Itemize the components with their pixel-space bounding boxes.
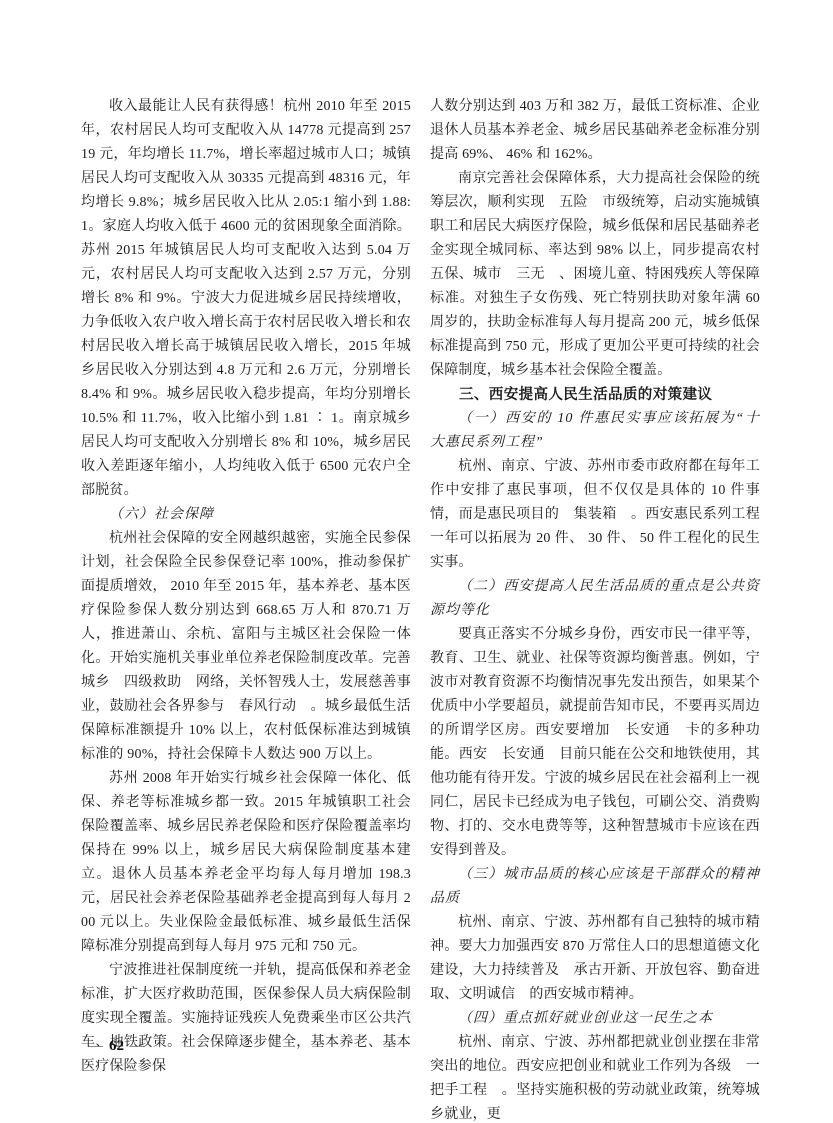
subsection-heading: （二）西安提高人民生活品质的重点是公共资源均等化 <box>430 575 760 623</box>
left-column: 收入最能让人民有获得感！杭州 2010 年至 2015 年，农村居民人均可支配收… <box>81 95 411 1123</box>
footer-dash-left: — <box>88 1038 103 1054</box>
right-column: 人数分别达到 403 万和 382 万，最低工资标准、企业退休人员基本养老金、城… <box>430 95 760 1123</box>
body-paragraph: 南京完善社会保障体系，大力提高社会保险的统筹层次，顺利实现 五险 市级统筹，启动… <box>430 167 760 383</box>
subsection-heading: （一）西安的 10 件惠民实事应该拓展为“十大惠民系列工程” <box>430 407 760 455</box>
body-paragraph: 宁波推进社保制度统一并轨，提高低保和养老金标准，扩大医疗救助范围，医保参保人员大… <box>81 959 411 1079</box>
footer-dash-right: — <box>130 1038 145 1054</box>
body-paragraph: 杭州、南京、宁波、苏州都把就业创业摆在非常突出的地位。西安应把创业和就业工作列为… <box>430 1031 760 1123</box>
body-paragraph: 要真正落实不分城乡身份，西安市民一律平等，教育、卫生、就业、社保等资源均衡普惠。… <box>430 623 760 863</box>
subsection-heading: （六）社会保障 <box>81 503 411 527</box>
body-paragraph: 杭州、南京、宁波、苏州都有自己独特的城市精神。要大力加强西安 870 万常住人口… <box>430 911 760 1007</box>
body-paragraph: 收入最能让人民有获得感！杭州 2010 年至 2015 年，农村居民人均可支配收… <box>81 95 411 503</box>
subsection-heading: （四）重点抓好就业创业这一民生之本 <box>430 1007 760 1031</box>
body-paragraph: 杭州、南京、宁波、苏州市委市政府都在每年工作中安排了惠民事项，但不仅仅是具体的 … <box>430 455 760 575</box>
page-number: 62 <box>103 1038 130 1054</box>
body-paragraph: 苏州 2008 年开始实行城乡社会保障一体化、低保、养老等标准城乡都一致。201… <box>81 767 411 959</box>
section-heading: 三、西安提高人民生活品质的对策建议 <box>430 383 760 407</box>
body-paragraph: 杭州社会保障的安全网越织越密，实施全民参保计划，社会保险全民参保登记率 100%… <box>81 527 411 767</box>
page-content: 收入最能让人民有获得感！杭州 2010 年至 2015 年，农村居民人均可支配收… <box>81 95 760 1123</box>
continuation-paragraph: 人数分别达到 403 万和 382 万，最低工资标准、企业退休人员基本养老金、城… <box>430 95 760 167</box>
subsection-heading: （三）城市品质的核心应该是干部群众的精神品质 <box>430 863 760 911</box>
page-footer: —62— <box>88 1034 145 1058</box>
document-page: 收入最能让人民有获得感！杭州 2010 年至 2015 年，农村居民人均可支配收… <box>0 0 833 1123</box>
